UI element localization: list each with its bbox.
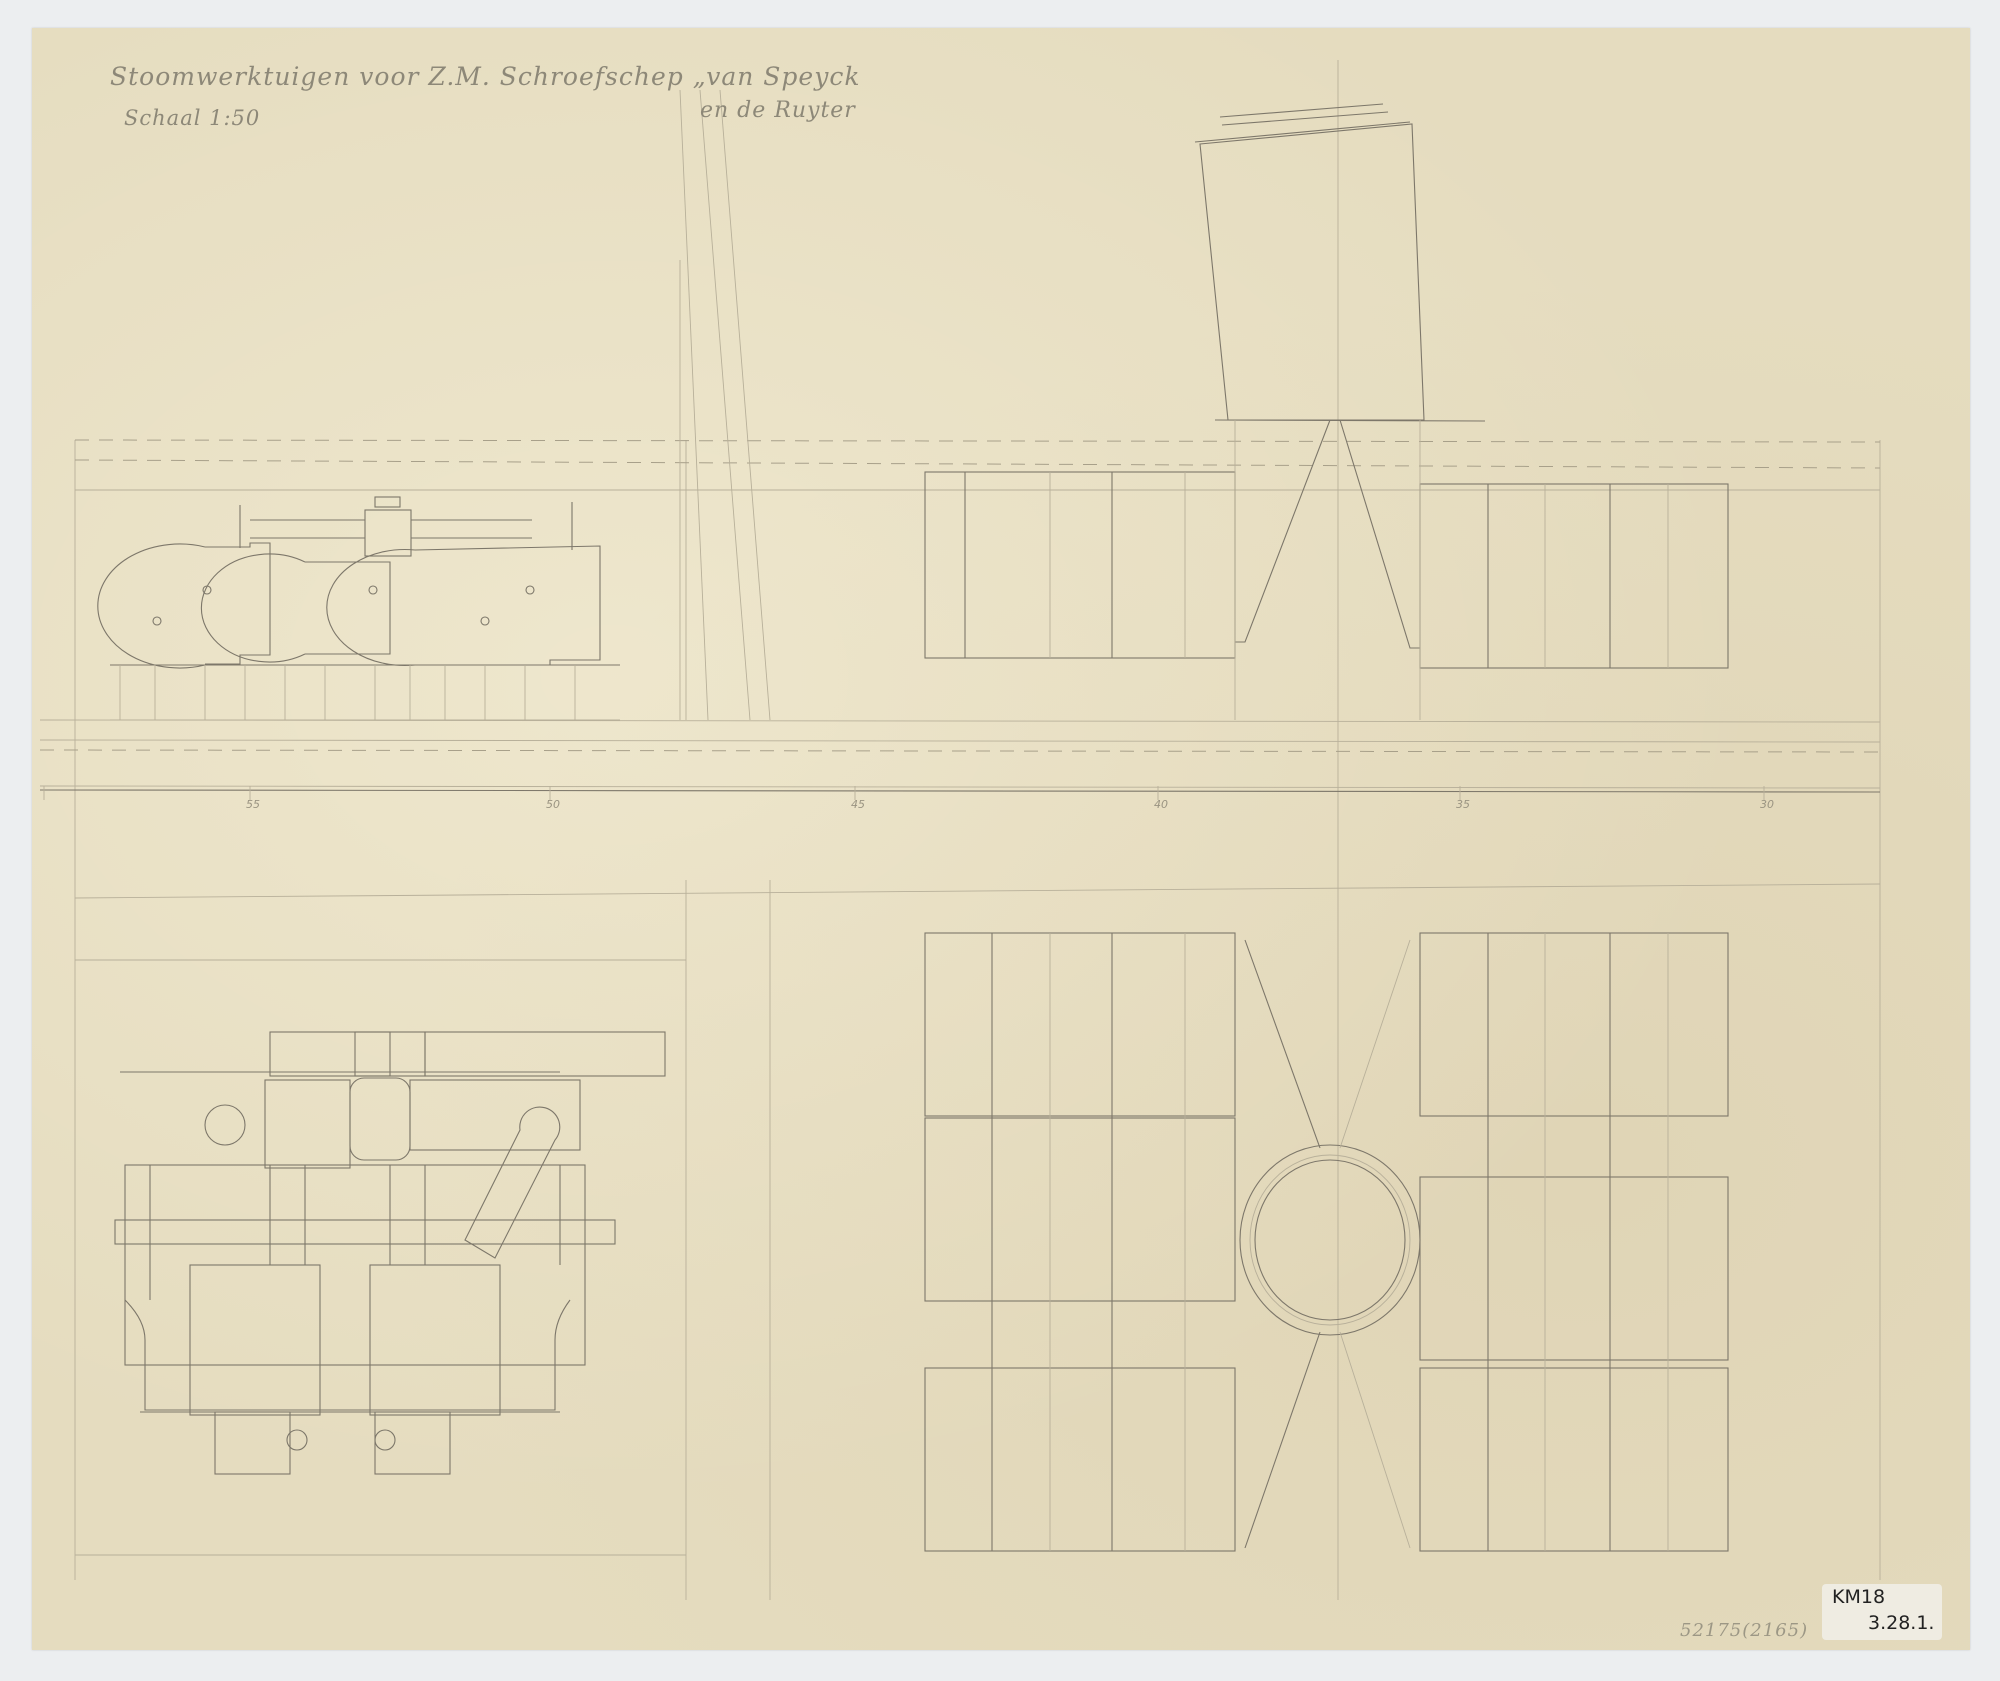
archive-label-line2: 3.28.1. [1868,1612,1934,1634]
boilers-front-elevation [98,497,620,720]
ruler-tick-50: 50 [546,798,560,811]
archive-label-line1: KM18 [1832,1586,1885,1608]
ruler-tick-40: 40 [1154,798,1168,811]
scale-note: Schaal 1:50 [124,106,260,130]
drawing-title: Stoomwerktuigen voor Z.M. Schroefschep „… [110,62,861,91]
construction-lines [40,60,1880,1600]
archive-label-card: KM18 3.28.1. [1822,1584,1942,1640]
ruler-tick-30: 30 [1760,798,1774,811]
ruler-tick-35: 35 [1456,798,1470,811]
technical-drawing [0,0,2000,1681]
engine-front-elevation [75,1032,686,1555]
ruler-tick-45: 45 [851,798,865,811]
boilers-side-elevation [925,104,1728,720]
ruler-tick-55: 55 [246,798,260,811]
drawing-subtitle: en de Ruyter [700,98,856,123]
archive-inventory-number: 52175(2165) [1680,1620,1808,1641]
boilers-plan-view [925,933,1728,1551]
